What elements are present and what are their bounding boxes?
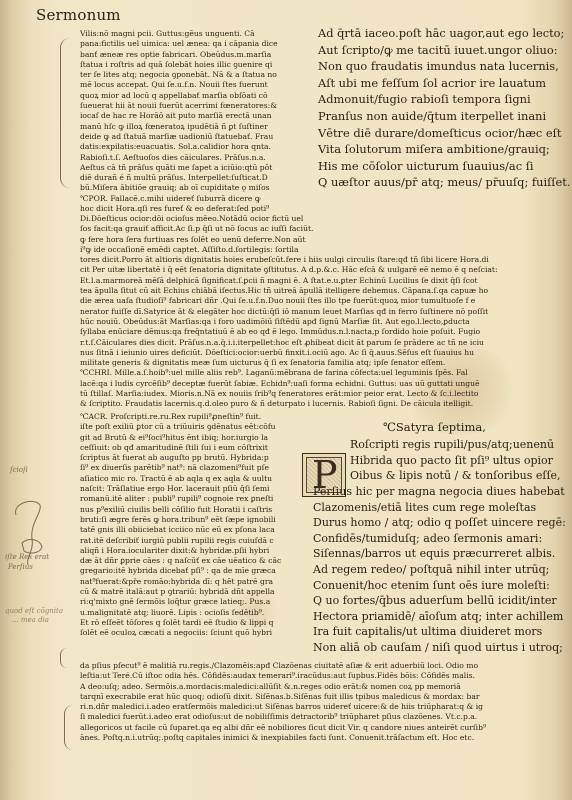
commentary-line: iocaſ de hac re Horāō ait puto marſiā er… [80,111,292,121]
commentary-line: pana:fictilis uel uimica: uel ænea: qa i… [80,39,292,49]
commentary-line: manū hſc ꝙ illoꝝ fœneratoꝝ ipudētiā ñ ꝑt… [80,122,292,132]
verse-line: Vētre diē durare/domeſticus ocior/hæc eſ… [318,125,570,142]
verse-line: Q uo fortes/q̄bus aduerſum bellū icidit/… [313,593,566,609]
verse-line: Ad q̄rtā iaceo.poſt hāc uagor,aut ego le… [318,25,570,42]
verse-line: Aſt ubi me feſſum ſol acrior ire lauatum [318,75,570,92]
commentary-line: A deo:uſq; adeo. Sermōis.a.mordacis:male… [80,682,556,692]
margin-note: ... mea dia [12,616,49,624]
commentary-line: ℃POR. Fallacē.c.mihi uidereť ſuburrā dic… [80,194,292,204]
commentary-line: mē locus accepat. Qui ſe.u.f.n. Nouii ſt… [80,80,292,90]
commentary-line: ri:q'mixto gnē ſermōis loq̄tur græce lat… [80,597,292,607]
commentary-line: diē durañ é ñ multū prāſus. Interpellet:… [80,173,292,183]
commentary-line: nerator fuiſſe dī.Satyrice āt & elegāter… [80,307,556,317]
commentary-line: banť æneæ res optie fabricari. Obeūdus.m… [80,50,292,60]
commentary-line: ſcriptus āt fuerat ab auguſto pp brutū. … [80,453,292,463]
commentary-line: git ad Brutū & ei⁹ſoci⁹hitus ēnt ibiq; h… [80,433,292,443]
verse-line: Non aliā ob cauſam / niſi quod uirtus i … [313,640,566,656]
commentary-line: tatē gnis illi obiiciebat icciico nūc eū… [80,525,292,535]
commentary-line: gregario:itē hybrida dicebať pſi⁹ : qa d… [80,566,292,576]
top-verse-column: Ad q̄rtā iaceo.poſt hāc uagor,aut ego le… [318,25,570,191]
commentary-line: Et rō eſſeēt tōſores q ſolēt tardi eē ſt… [80,618,292,628]
commentary-line: ānes. Poſtq.n.i.utrūq;.poſtq capitales i… [80,733,556,743]
commentary-line: Di.Dōeſticus ocior:dōi ocioſus mēeo.Notā… [80,214,556,224]
verse-line: Aut ſcripto/ꝙ me tacitū iuuet.ungor oliu… [318,42,570,59]
verse-line: Q uæſtor auus/pr̄ atq; meus/ pr̄uuſq; fu… [318,174,570,191]
commentary-line: lacē:qa i ludis cyrcēſib⁹ deceptæ fuerūt… [80,379,556,389]
commentary-line: ℃CHRI. Mille.a.ſ.hoib⁹:uel mille aliis r… [80,368,556,378]
satire-verse-opening: Roſcripti regis rupili/pus/atq;uenenūHib… [350,437,561,484]
commentary-line: ſi maledici fuerūt.i.adeo erat odioſus:u… [80,712,556,722]
commentary-line: ꝙ fere hora ſera furtiuas res ſolēt eo u… [80,235,556,245]
verse-line: Hectora priamidē/ aīoſum atq; inter achi… [313,609,566,625]
verse-line: Perſius hic per magna negocia diues habe… [313,484,566,500]
commentary-line: u.malignitatē atq; liuorē. Lipis : ocioſ… [80,608,292,618]
commentary-line: hoc dicit Hora.qſi res fureť & eo defera… [80,204,292,214]
margin-note: ſcioſi [10,466,28,474]
verse-line: Confidēs/tumiduſq; adeo ſermonis amari: [313,531,566,547]
commentary-line: Aeſtus cā tñ prāſus quāti me ſapet a ici… [80,163,292,173]
commentary-line: Et.l.a.marmoreā mēſā delphicā ſignificat… [80,276,556,286]
commentary-line: romanū.itē aliter : publi⁹ rupili⁹ cogno… [80,494,292,504]
lower-left-commentary-column: ℃ACR. Proſcripti.re.ru.Rex rupili⁹ꝓneſti… [80,412,292,639]
commentary-line: dæ āt dñr ꝑprie cāes : q naſcūť ex cāe u… [80,556,292,566]
commentary-line: cū & matrē italā:aut p ꝯtrariū: hybridā … [80,587,292,597]
commentary-line: ſolēt eē oculoꝝ cæcati a negociis: ſciun… [80,628,292,638]
commentary-line: quoꝝ mior ad locū q appellabať marſia ob… [80,91,292,101]
verse-line: Ad regem redeo/ poſtquā nihil inter utrū… [313,562,566,578]
commentary-line: cit Per uitæ libertatē i q̄ eēt ſenatori… [80,265,556,275]
top-commentary-column: Vilis:nō magni pcii. Guttus:gēus unguent… [80,29,292,214]
margin-bracket [60,648,67,668]
middle-commentary-block: Di.Dōeſticus ocior:dōi ocioſus mēeo.Notā… [80,214,556,410]
verse-line: Admonuit/fugio rabioſi tempora ſigni [318,91,570,108]
verse-line: His me cōſolor uicturum ſuauius/ac ſi [318,158,570,175]
verse-line: Hibrida quo pacto ſit pſi⁹ ultus opior [350,453,561,469]
commentary-line: allegoricos ut facile cū ſuparet.qa eq a… [80,723,556,733]
verse-line: Durus homo / atq; odio q poſſet uincere … [313,515,566,531]
commentary-line: aliqñ i Hora.ioculariter dixit:& hybridæ… [80,546,292,556]
manuscript-page: Sermonum Vilis:nō magni pcii. Guttus:gēu… [0,0,572,800]
commentary-line: die ærea uaſa ſtudioſi⁹ fabricari dñr .Q… [80,296,556,306]
commentary-line: iſte poſt exiliū ꝑtor cū a triūuiris ꝯdē… [80,422,292,432]
commentary-line: ℃ACR. Proſcripti.re.ru.Rex rupili⁹ꝓneſti… [80,412,292,422]
commentary-line: tea āpulla ſitut cū ait Echius chiābā iſ… [80,286,556,296]
verse-line: Conuenit/hoc etenim ſunt oēs iure moleſt… [313,578,566,594]
margin-note: iſte Rex erat [5,553,49,561]
commentary-line: i⁹ꝙ ide occaſionē emēdi captet. Aſſiſto.… [80,245,556,255]
commentary-line: tū ſtillaſ. Marſia:iudex. Mioris.n.Nā ex… [80,389,556,399]
commentary-line: Rabioſi.t.ſ. Aeſtuoſos dies cāiculares. … [80,153,292,163]
commentary-line: rat.itē deſcribiť iurgiū publii rupilii … [80,536,292,546]
verse-line: Pranſus non auide/q̄tum iterpellet inani [318,108,570,125]
commentary-line: ſyllaba enūciare dēmus:qa freq̄ntatiuū ē… [80,327,556,337]
satire-verse-column: Perſius hic per magna negocia diues habe… [313,484,566,656]
commentary-line: r.t.ſ.Cāiculares dies dicit. Prāſus.n.a.… [80,338,556,348]
commentary-line: ceſſiuit: ob qđ amaritudinē ſtili ſui i … [80,443,292,453]
commentary-line: & ſcriptito. Fraudatis lacernis.q.d.oleo… [80,399,556,409]
commentary-line: naſcit: Trāſlatiue ergo Hor. lacerauit p… [80,484,292,494]
verse-line: Clazomenis/etiā lites cum rege moleſtas [313,500,566,516]
commentary-line: ſos facit:qa grauiť afficit.Ac ſi.p q̄ſi… [80,224,556,234]
commentary-line: militate generis & dignitatis meæ ſum ui… [80,358,556,368]
commentary-line: ſtatua i roſtris ad quā ſolebāt hoies il… [80,60,292,70]
margin-bracket [60,38,71,188]
commentary-line: Vilis:nō magni pcii. Guttus:gēus unguent… [80,29,292,39]
commentary-line: bū.Miſera ābitiōe grauiq; ab oī cupidita… [80,183,292,193]
commentary-line: nus ſitnā i ieiunio uires deficiūt. Dōeſ… [80,348,556,358]
commentary-line: da pſius pſecut⁹ ē malitiā ru.regis./Cla… [80,661,556,671]
satire-heading: ℃Satyra ſeptima, [383,420,486,434]
commentary-line: bruti:ſi ægre ferēs ꝙ hora.tribun⁹ eēt ſ… [80,515,292,525]
commentary-line: nus p⁹exiliū ciuilis belli cōſilio fuit … [80,505,292,515]
commentary-line: nat⁹fuerat:&pře romāo:hybrida dī: q hēt … [80,577,292,587]
running-head: Sermonum [36,6,121,24]
commentary-line: deide ꝙ ad ſtatuā marſiæ uadioniū ſtatue… [80,132,292,142]
commentary-line: ſueuerat hii āt nouii fuerūt acerrimi fœ… [80,101,292,111]
verse-line: Vita ſolutorum miſera ambitione/grauiq; [318,141,570,158]
commentary-line: aſiatico mic ro. Tractū ē ab aqla q ex a… [80,474,292,484]
commentary-line: ter ſe lites atq; negocia ꝯponebāt. Nā &… [80,70,292,80]
commentary-line: datis:expilatis:euacuatis. Sol.a.calidio… [80,142,292,152]
verse-line: Roſcripti regis rupili/pus/atq;uenenū [350,437,561,453]
commentary-line: hūc nouiū. Obeūdus:āt Marſias:qa i foro … [80,317,556,327]
verse-line: Ira fuit capitalis/ut ultima diuideret m… [313,624,566,640]
commentary-line: ſi⁹ ex diuerſis parētib⁹ nat⁹: nā clazom… [80,463,292,473]
verse-line: Non quo fraudatis imundus nata lucernis, [318,58,570,75]
commentary-line: tarqnī execrabile erat hūc quoq; odioſū … [80,692,556,702]
bottom-commentary-block: da pſius pſecut⁹ ē malitiā ru.regis./Cla… [80,661,556,743]
margin-bracket [64,705,73,750]
commentary-line: tores dicit.Porro āt altioris dignitatis… [80,255,556,265]
margin-note: quod eſt cŏgnita [5,607,63,615]
verse-line: Oibus & lipis notū / & tonſoribus eſſe, [350,468,561,484]
margin-note: Perſius [8,563,33,571]
commentary-line: leſtia:ut Teré.Cū iſtoc odia hēs. Cōfidē… [80,671,556,681]
verse-line: Siſennas/barros ut equis præcurreret alb… [313,546,566,562]
commentary-line: ri.n.dñr maledici.i.adeo eratſermōis mal… [80,702,556,712]
